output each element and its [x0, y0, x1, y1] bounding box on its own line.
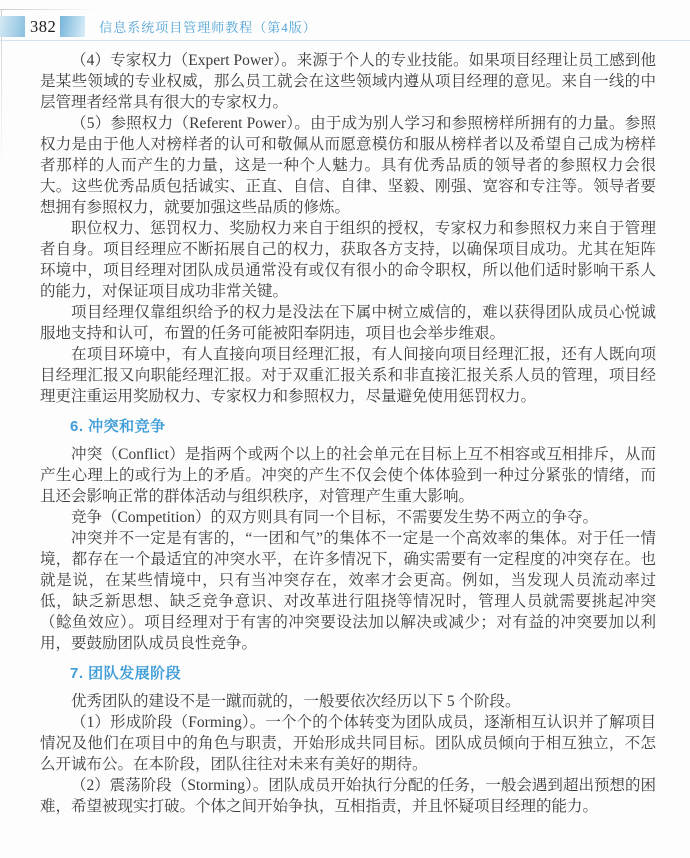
body-paragraph: （2）震荡阶段（Storming）。团队成员开始执行分配的任务，一般会遇到超出预…: [40, 775, 656, 817]
body-paragraph: 项目经理仅靠组织给予的权力是没法在下属中树立威信的，难以获得团队成员心悦诚服地支…: [40, 302, 656, 344]
header-divider: [0, 40, 690, 41]
body-paragraph: 在项目环境中，有人直接向项目经理汇报，有人间接向项目经理汇报，还有人既向项目经理…: [40, 344, 656, 407]
body-paragraph: 竞争（Competition）的双方则具有同一个目标，不需要发生势不两立的争夺。: [40, 507, 656, 528]
body-paragraph: （1）形成阶段（Forming）。一个个的个体转变为团队成员，逐渐相互认识并了解…: [40, 712, 656, 775]
section-heading: 6. 冲突和竞争: [70, 416, 656, 437]
page-header: 382 信息系统项目管理师教程（第4版）: [0, 15, 317, 38]
body-paragraph: 职位权力、惩罚权力、奖励权力来自于组织的授权，专家权力和参照权力来自于管理者自身…: [40, 218, 656, 302]
body-paragraph: 冲突并不一定是有害的，“一团和气”的集体不一定是一个高效率的集体。对于任一情境，…: [40, 528, 656, 654]
page-content: （4）专家权力（Expert Power）。来源于个人的专业技能。如果项目经理让…: [40, 50, 656, 817]
page-edge-shadow-top: [0, 9, 100, 10]
header-right-decoration: [60, 16, 85, 37]
body-paragraph: 冲突（Conflict）是指两个或两个以上的社会单元在目标上互不相容或互相排斥，…: [40, 444, 656, 507]
section-heading: 7. 团队发展阶段: [70, 663, 656, 684]
book-title: 信息系统项目管理师教程（第4版）: [99, 17, 317, 36]
page-number: 382: [30, 16, 56, 37]
body-paragraph: 优秀团队的建设不是一蹴而就的，一般要依次经历以下 5 个阶段。: [40, 691, 656, 712]
book-page: 382 信息系统项目管理师教程（第4版） （4）专家权力（Expert Powe…: [0, 0, 690, 858]
body-paragraph: （5）参照权力（Referent Power）。由于成为别人学习和参照榜样所拥有…: [40, 113, 656, 218]
header-left-decoration: [0, 16, 25, 37]
body-paragraph: （4）专家权力（Expert Power）。来源于个人的专业技能。如果项目经理让…: [40, 50, 656, 113]
